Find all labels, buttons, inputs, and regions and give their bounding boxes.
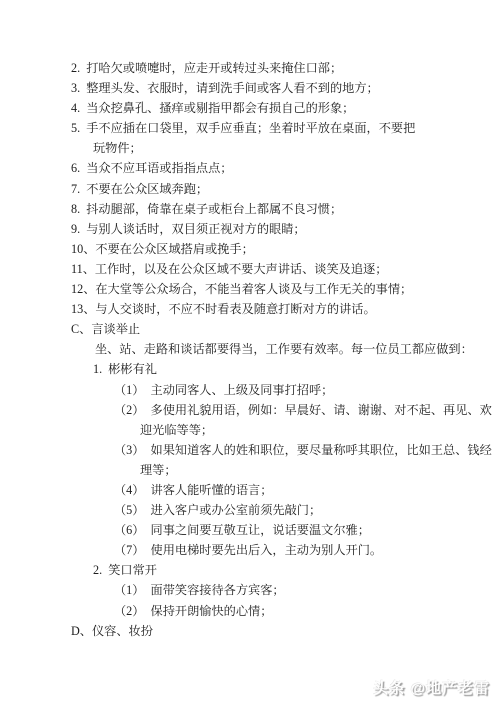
text-line: C、言谈举止 bbox=[71, 319, 500, 339]
text-line: 3. 整理头发、衣服时，请到洗手间或客人看不到的地方； bbox=[71, 78, 500, 98]
text-line: 5. 手不应插在口袋里，双手应垂直；坐着时平放在桌面，不要把 bbox=[71, 118, 500, 138]
text-line: 坐、站、走路和谈话都要得当，工作要有效率。每一位员工都应做到： bbox=[95, 339, 500, 359]
document-body: 2. 打哈欠或喷嚏时，应走开或转过头来掩住口部；3. 整理头发、衣服时，请到洗手… bbox=[0, 58, 500, 641]
text-line: （5） 进入客户或办公室前须先敲门； bbox=[114, 500, 500, 520]
text-line: 12、在大堂等公众场合，不能当着客人谈及与工作无关的事情； bbox=[71, 279, 500, 299]
text-line: 2. 笑口常开 bbox=[93, 560, 500, 580]
text-line: 6. 当众不应耳语或指指点点； bbox=[71, 158, 500, 178]
text-line: （1） 主动同客人、上级及同事打招呼； bbox=[114, 380, 500, 400]
text-line: 8. 抖动腿部，倚靠在桌子或柜台上都属不良习惯； bbox=[71, 199, 500, 219]
text-line: D、仪容、妆扮 bbox=[71, 621, 500, 641]
text-line: 10、不要在公众区域搭肩或挽手； bbox=[71, 239, 500, 259]
text-line: 11、工作时，以及在公众区域不要大声讲话、谈笑及追逐； bbox=[71, 259, 500, 279]
text-line: （2） 多使用礼貌用语，例如：早晨好、请、谢谢、对不起、再见、欢 bbox=[114, 400, 500, 420]
text-line: 1. 彬彬有礼 bbox=[93, 359, 500, 379]
text-line: 迎光临等等； bbox=[140, 420, 500, 440]
text-line: 玩物件； bbox=[93, 138, 500, 158]
watermark-text: 头条 @地产老雷 bbox=[373, 680, 490, 697]
text-line: 7. 不要在公众区域奔跑； bbox=[71, 179, 500, 199]
watermark: 头条 @地产老雷 bbox=[373, 677, 490, 698]
text-line: （1） 面带笑容接待各方宾客； bbox=[114, 580, 500, 600]
document-page: 2. 打哈欠或喷嚏时，应走开或转过头来掩住口部；3. 整理头发、衣服时，请到洗手… bbox=[0, 0, 500, 707]
text-line: （2） 保持开朗愉快的心情； bbox=[114, 601, 500, 621]
text-line: 理等； bbox=[140, 460, 500, 480]
text-line: 2. 打哈欠或喷嚏时，应走开或转过头来掩住口部； bbox=[71, 58, 500, 78]
text-line: （3） 如果知道客人的姓和职位，要尽量称呼其职位，比如王总、钱经 bbox=[114, 440, 500, 460]
text-line: （7） 使用电梯时要先出后入，主动为别人开门。 bbox=[114, 540, 500, 560]
text-line: 13、与人交谈时，不应不时看表及随意打断对方的讲话。 bbox=[71, 299, 500, 319]
text-line: 9. 与别人谈话时，双目须正视对方的眼睛； bbox=[71, 219, 500, 239]
text-line: 4. 当众挖鼻孔、搔痒或剔指甲都会有损自己的形象； bbox=[71, 98, 500, 118]
text-line: （6） 同事之间要互敬互让，说话要温文尔雅； bbox=[114, 520, 500, 540]
text-line: （4） 讲客人能听懂的语言； bbox=[114, 480, 500, 500]
